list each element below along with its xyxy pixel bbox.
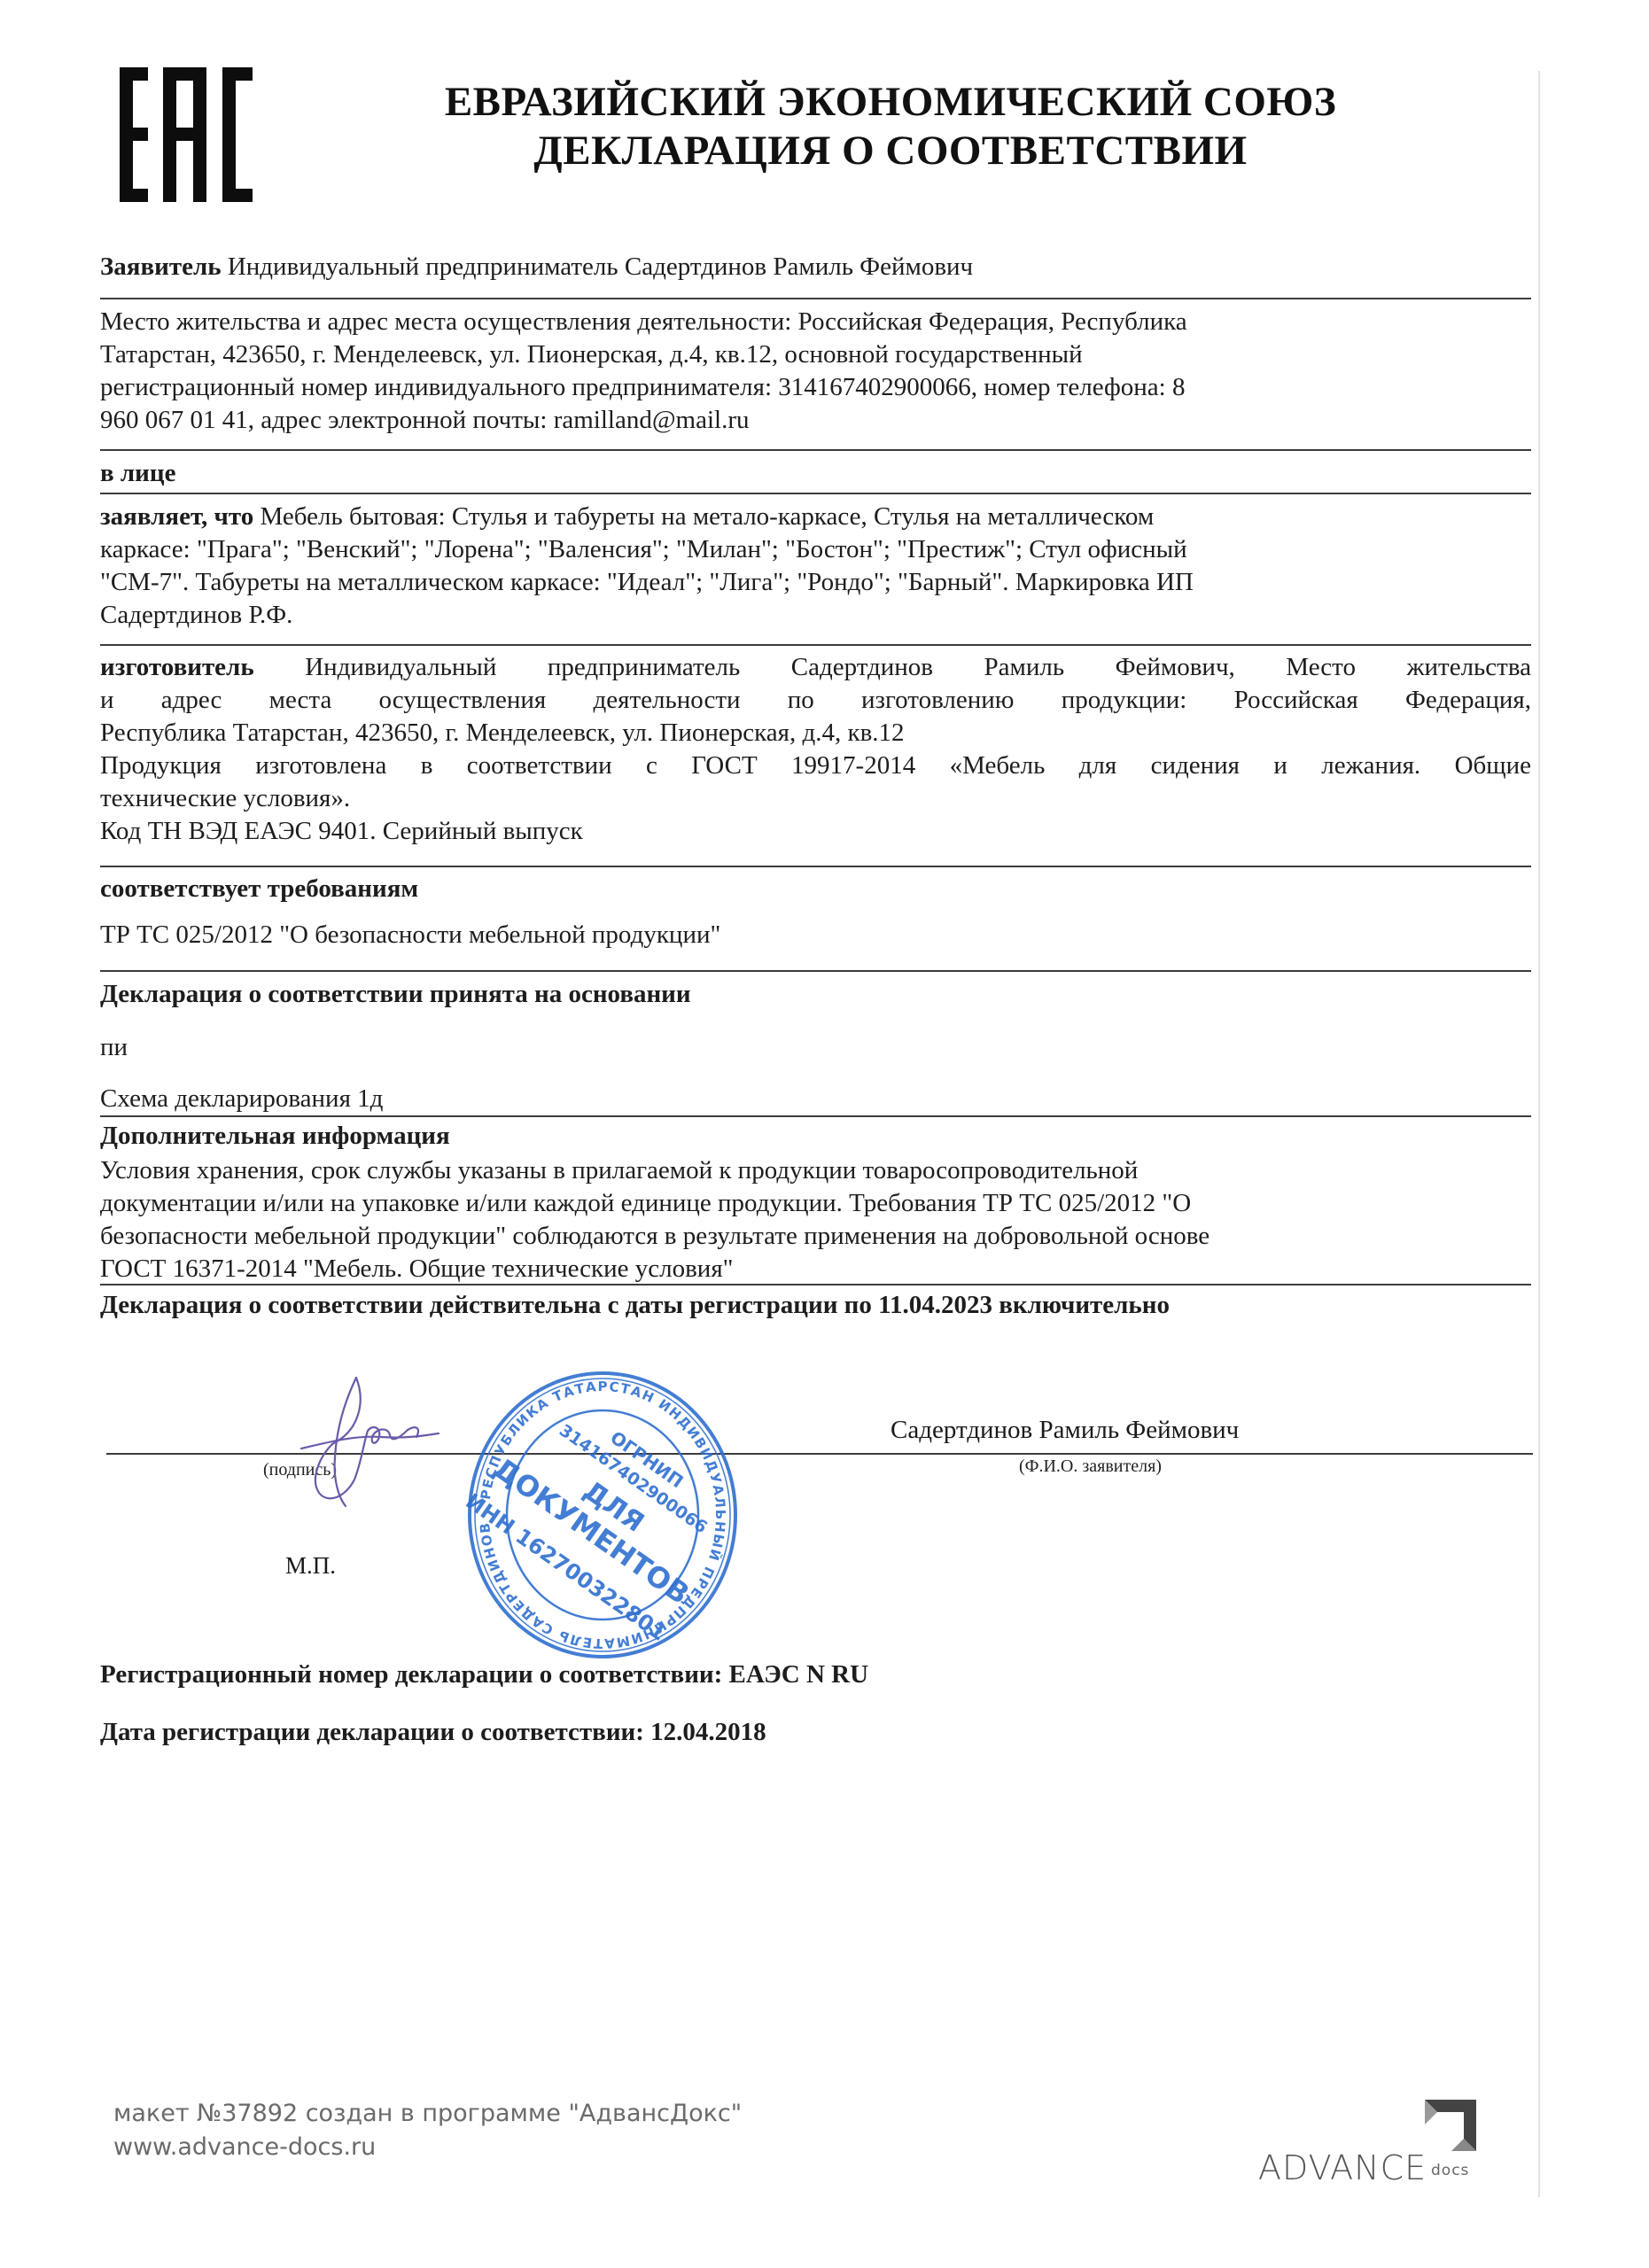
manufacturer-label: изготовитель: [100, 653, 254, 681]
divider: [100, 1284, 1531, 1285]
declares-text: Мебель бытовая: Стулья и табуреты на мет…: [261, 502, 1155, 531]
validity-row: Декларация о соответствии действительна …: [100, 1289, 1531, 1322]
additional-label: Дополнительная информация: [100, 1122, 450, 1150]
represented-by-label: в лице: [100, 459, 175, 487]
advance-docs-logo: ADVANCE docs: [1258, 2100, 1497, 2188]
registration-number-row: Регистрационный номер декларации о соотв…: [100, 1658, 1531, 1691]
declares-block: заявляет, что Мебель бытовая: Стулья и т…: [100, 501, 1531, 632]
address-block: Место жительства и адрес места осуществл…: [100, 306, 1531, 437]
manufacturer-text: Индивидуальный предприниматель Садертдин…: [305, 653, 1531, 681]
address-line: 960 067 01 41, адрес электронной почты: …: [100, 404, 1531, 437]
applicant-full-name: Садертдинов Рамиль Феймович: [891, 1416, 1239, 1445]
additional-line: безопасности мебельной продукции" соблюд…: [100, 1220, 1531, 1253]
manufacturer-line: и адрес места осуществления деятельности…: [100, 684, 1531, 717]
declares-line: "СМ-7". Табуреты на металлическом каркас…: [100, 566, 1531, 599]
basis-label-row: Декларация о соответствии принята на осн…: [100, 978, 1531, 1011]
conforms-label-row: соответствует требованиям: [100, 873, 1531, 905]
declares-line: каркасе: "Прага"; "Венский"; "Лорена"; "…: [100, 533, 1531, 566]
standard-line: технические условия».: [100, 782, 1531, 815]
additional-block: Условия хранения, срок службы указаны в …: [100, 1154, 1531, 1285]
divider: [100, 449, 1531, 451]
declares-line: Садертдинов Р.Ф.: [100, 599, 1531, 632]
additional-label-row: Дополнительная информация: [100, 1120, 1531, 1153]
name-caption: (Ф.И.О. заявителя): [1019, 1456, 1162, 1477]
handwritten-signature-icon: [284, 1373, 443, 1515]
manufacturer-line: Республика Татарстан, 423650, г. Менделе…: [100, 717, 1531, 750]
brand-sub: docs: [1431, 2162, 1469, 2179]
brand-main: ADVANCE: [1258, 2148, 1427, 2187]
basis-label: Декларация о соответствии принята на осн…: [100, 980, 691, 1008]
divider: [100, 298, 1531, 299]
additional-line: документации и/или на упаковке и/или каж…: [100, 1187, 1531, 1220]
seal-placeholder-label: М.П.: [285, 1552, 336, 1580]
applicant-label: Заявитель: [100, 252, 222, 281]
declares-label: заявляет, что: [100, 502, 253, 531]
represented-by-row: в лице: [100, 457, 1531, 490]
divider: [100, 644, 1531, 646]
manufacturer-block: изготовитель Индивидуальный предпринимат…: [100, 651, 1531, 848]
registration-date: Дата регистрации декларации о соответств…: [100, 1718, 766, 1746]
basis-value: пи: [100, 1031, 1531, 1064]
declaration-scheme: Схема декларирования 1д: [100, 1083, 1531, 1115]
divider: [100, 1115, 1531, 1117]
divider: [100, 866, 1531, 867]
header-declaration-title: ДЕКЛАРАЦИЯ О СООТВЕТСТВИИ: [390, 127, 1391, 175]
registration-date-row: Дата регистрации декларации о соответств…: [100, 1716, 1531, 1749]
eac-mark-icon: [120, 67, 253, 202]
scan-page-edge: [1538, 71, 1540, 2197]
conforms-value: ТР ТС 025/2012 "О безопасности мебельной…: [100, 919, 1531, 951]
additional-line: ГОСТ 16371-2014 "Мебель. Общие техническ…: [100, 1253, 1531, 1285]
address-line: регистрационный номер индивидуального пр…: [100, 371, 1531, 404]
conforms-label: соответствует требованиям: [100, 874, 418, 903]
applicant-row: Заявитель Индивидуальный предприниматель…: [100, 251, 1531, 283]
registration-number: Регистрационный номер декларации о соотв…: [100, 1660, 868, 1689]
additional-line: Условия хранения, срок службы указаны в …: [100, 1154, 1531, 1187]
header-union-title: ЕВРАЗИЙСКИЙ ЭКОНОМИЧЕСКИЙ СОЮЗ: [390, 78, 1391, 126]
address-line: Татарстан, 423650, г. Менделеевск, ул. П…: [100, 338, 1531, 371]
layout-note: макет №37892 создан в программе "АдвансД…: [113, 2100, 742, 2127]
applicant-value: Индивидуальный предприниматель Садертдин…: [228, 252, 973, 281]
validity-text: Декларация о соответствии действительна …: [100, 1291, 1170, 1319]
address-line: Место жительства и адрес места осуществл…: [100, 306, 1531, 338]
website-link[interactable]: www.advance-docs.ru: [113, 2133, 376, 2161]
standard-line: Продукция изготовлена в соответствии с Г…: [100, 750, 1531, 782]
company-stamp-icon: РЕСПУБЛИКА ТАТАРСТАН ИНДИВИДУАЛЬНЫЙ ПРЕД…: [465, 1369, 740, 1661]
divider: [100, 493, 1531, 494]
hs-code-line: Код ТН ВЭД ЕАЭС 9401. Серийный выпуск: [100, 815, 1531, 848]
divider: [100, 970, 1531, 972]
